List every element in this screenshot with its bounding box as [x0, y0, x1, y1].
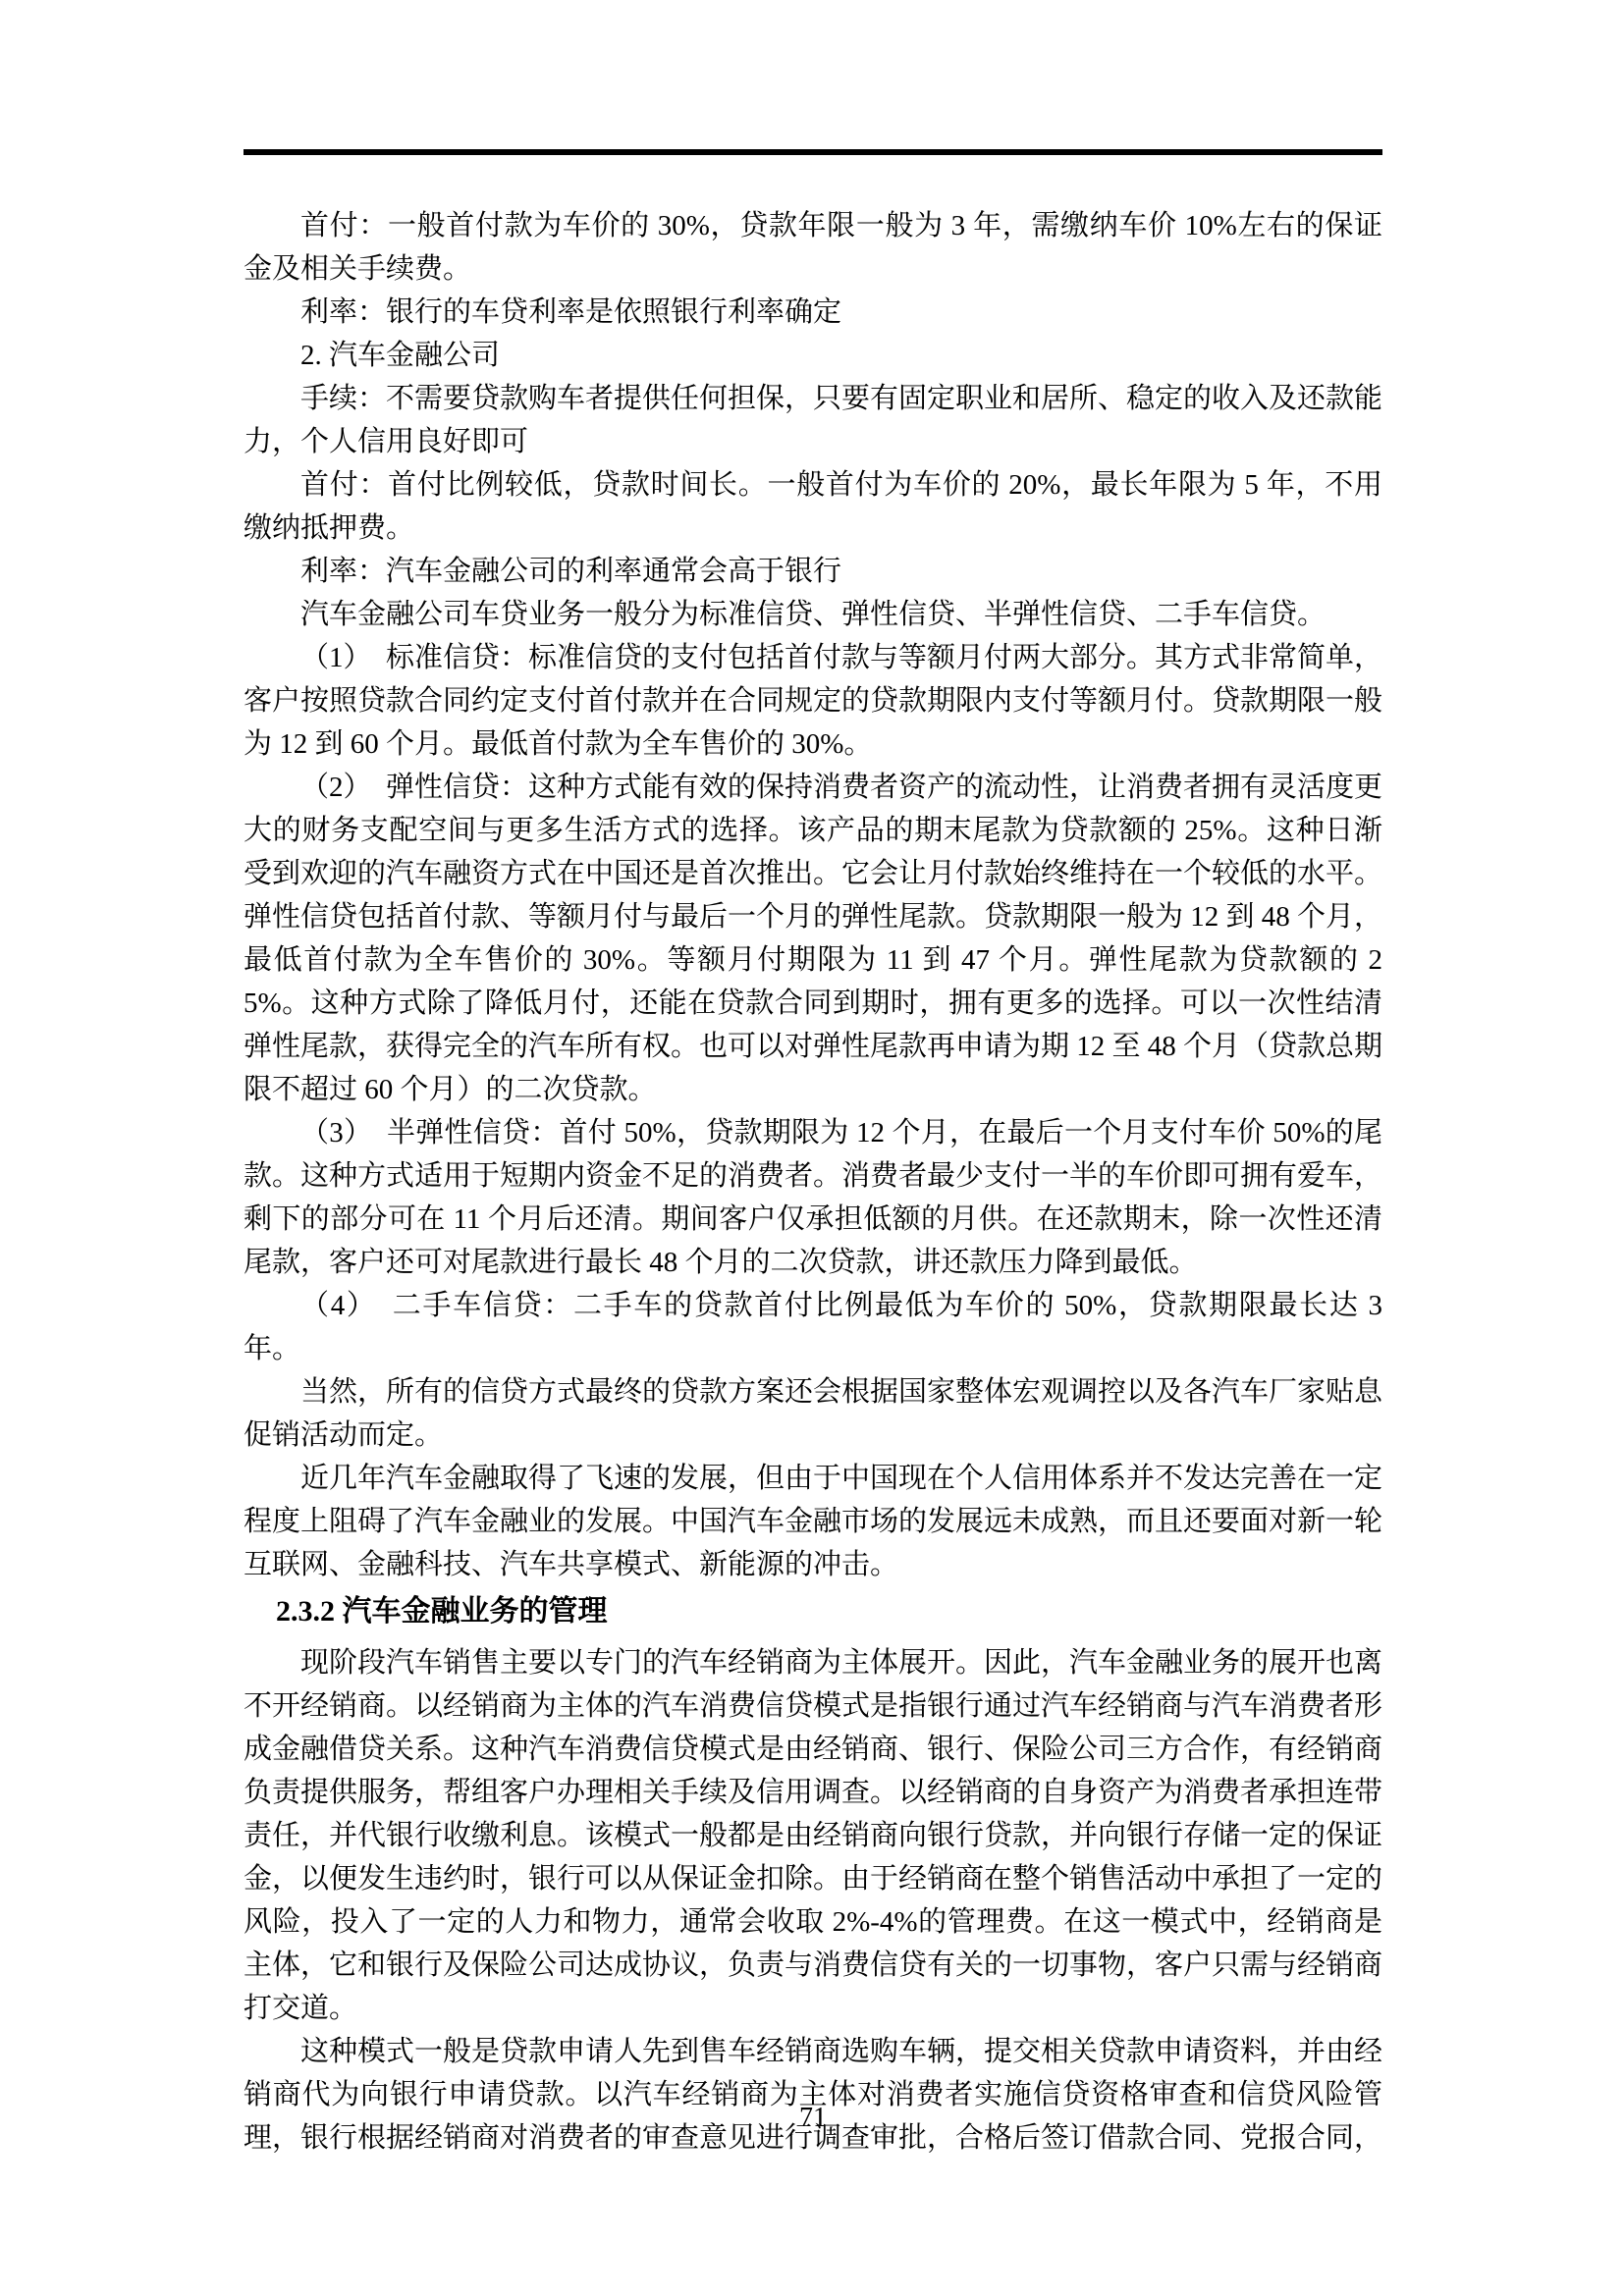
- paragraph: 这种模式一般是贷款申请人先到售车经销商选购车辆，提交相关贷款申请资料，并由经销商…: [244, 2030, 1382, 2160]
- paragraph-used-car-credit: （4） 二手车信贷：二手车的贷款首付比例最低为车价的 50%，贷款期限最长达 3…: [244, 1284, 1382, 1370]
- document-page: 首付：一般首付款为车价的 30%，贷款年限一般为 3 年，需缴纳车价 10%左右…: [0, 0, 1624, 2296]
- paragraph: 2. 汽车金融公司: [244, 334, 1382, 377]
- section-heading: 2.3.2 汽车金融业务的管理: [244, 1590, 1382, 1633]
- paragraph: 首付：首付比例较低，贷款时间长。一般首付为车价的 20%，最长年限为 5 年，不…: [244, 463, 1382, 550]
- page-number: 71: [244, 2102, 1382, 2135]
- page-content: 首付：一般首付款为车价的 30%，贷款年限一般为 3 年，需缴纳车价 10%左右…: [244, 149, 1382, 2160]
- paragraph: 当然，所有的信贷方式最终的贷款方案还会根据国家整体宏观调控以及各汽车厂家贴息促销…: [244, 1370, 1382, 1457]
- paragraph: 利率：银行的车贷利率是依照银行利率确定: [244, 291, 1382, 334]
- paragraph: 手续：不需要贷款购车者提供任何担保，只要有固定职业和居所、稳定的收入及还款能力，…: [244, 377, 1382, 463]
- paragraph-semi-flexible-credit: （3） 半弹性信贷：首付 50%，贷款期限为 12 个月，在最后一个月支付车价 …: [244, 1111, 1382, 1284]
- header-rule: [244, 149, 1382, 155]
- paragraph-flexible-credit: （2） 弹性信贷：这种方式能有效的保持消费者资产的流动性，让消费者拥有灵活度更大…: [244, 766, 1382, 1111]
- paragraph: 近几年汽车金融取得了飞速的发展，但由于中国现在个人信用体系并不发达完善在一定程度…: [244, 1457, 1382, 1586]
- paragraph: 首付：一般首付款为车价的 30%，贷款年限一般为 3 年，需缴纳车价 10%左右…: [244, 204, 1382, 291]
- paragraph-standard-credit: （1） 标准信贷：标准信贷的支付包括首付款与等额月付两大部分。其方式非常简单，客…: [244, 636, 1382, 766]
- paragraph: 现阶段汽车销售主要以专门的汽车经销商为主体展开。因此，汽车金融业务的展开也离不开…: [244, 1641, 1382, 2030]
- paragraph: 利率：汽车金融公司的利率通常会高于银行: [244, 550, 1382, 593]
- paragraph: 汽车金融公司车贷业务一般分为标准信贷、弹性信贷、半弹性信贷、二手车信贷。: [244, 593, 1382, 636]
